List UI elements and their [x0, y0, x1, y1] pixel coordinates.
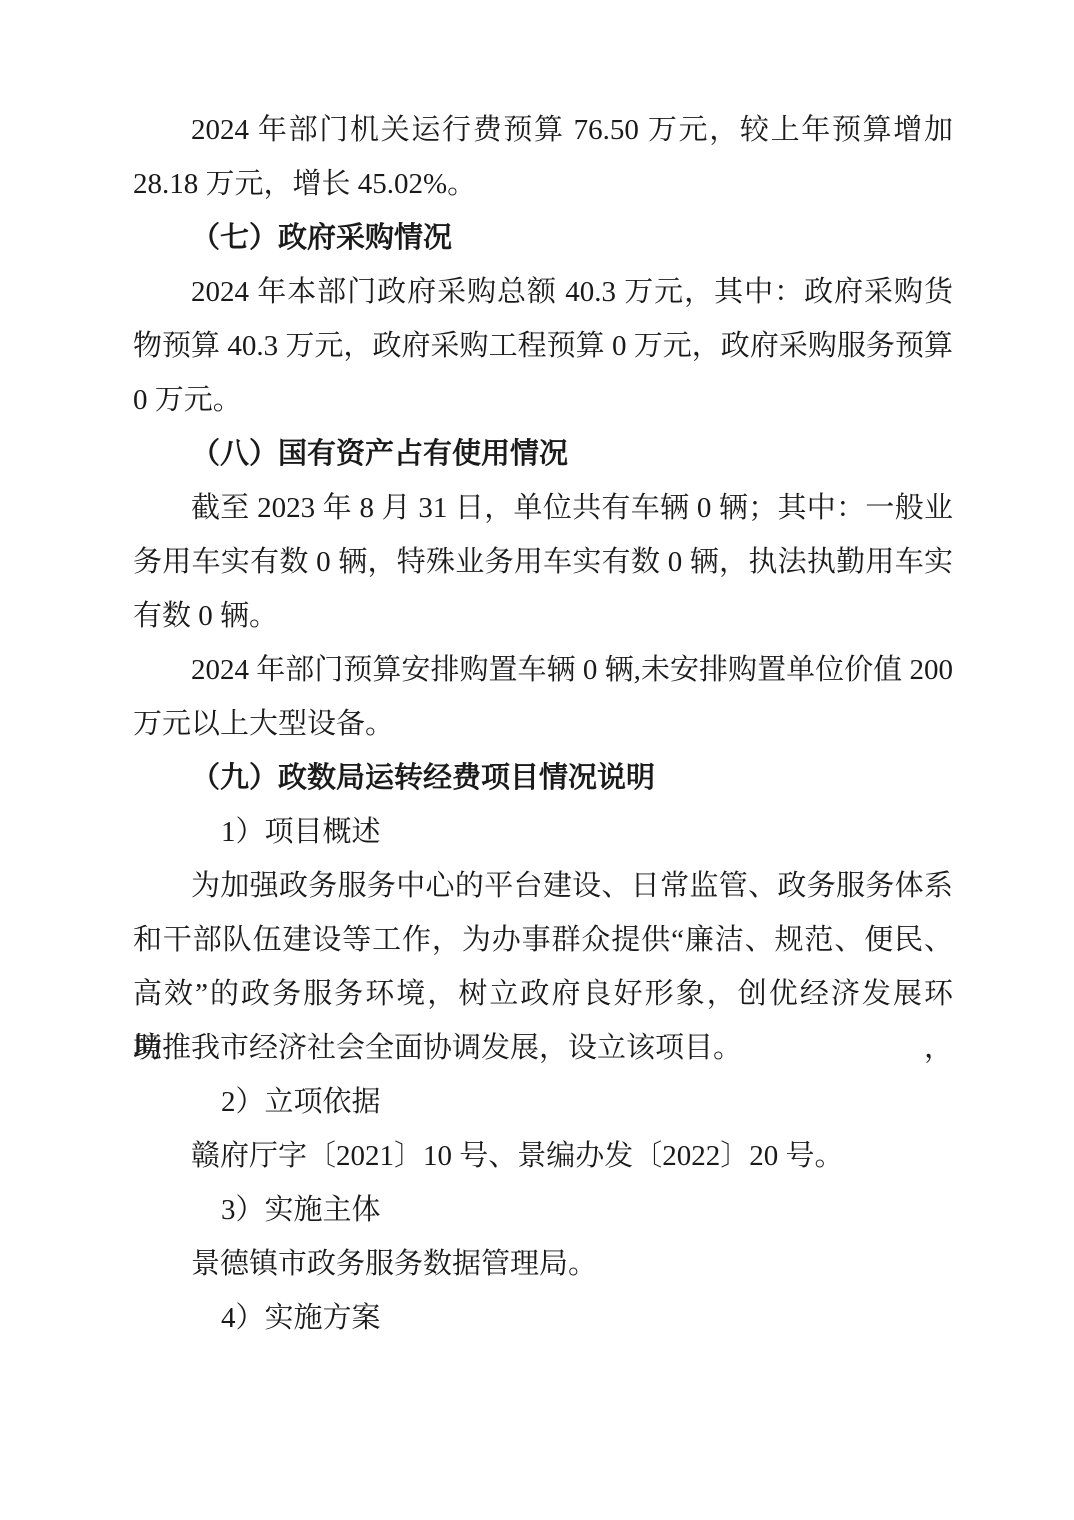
body-text-line: 2024 年部门机关运行费预算 76.50 万元，较上年预算增加	[133, 103, 953, 157]
subsection-heading: 4）实施方案	[133, 1291, 953, 1345]
body-text-line: 0 万元。	[133, 373, 953, 427]
body-text-line: 和干部队伍建设等工作，为办事群众提供“廉洁、规范、便民、	[133, 913, 953, 967]
body-text-line: 28.18 万元，增长 45.02%。	[133, 157, 953, 211]
document-page: 2024 年部门机关运行费预算 76.50 万元，较上年预算增加28.18 万元…	[0, 0, 1074, 1520]
body-text-line: 2024 年本部门政府采购总额 40.3 万元，其中：政府采购货	[133, 265, 953, 319]
body-text-line: 务用车实有数 0 辆，特殊业务用车实有数 0 辆，执法执勤用车实	[133, 535, 953, 589]
body-text-line: 有数 0 辆。	[133, 589, 953, 643]
section-heading: （九）政数局运转经费项目情况说明	[133, 751, 953, 805]
subsection-heading: 2）立项依据	[133, 1075, 953, 1129]
document-content: 2024 年部门机关运行费预算 76.50 万元，较上年预算增加28.18 万元…	[133, 103, 953, 1345]
body-text-line: 高效”的政务服务环境，树立政府良好形象，创优经济发展环境，	[133, 967, 953, 1021]
subsection-heading: 1）项目概述	[133, 805, 953, 859]
body-text-line: 2024 年部门预算安排购置车辆 0 辆,未安排购置单位价值 200	[133, 643, 953, 697]
body-text-line: 物预算 40.3 万元，政府采购工程预算 0 万元，政府采购服务预算	[133, 319, 953, 373]
body-text-line: 万元以上大型设备。	[133, 697, 953, 751]
body-text-line: 赣府厅字〔2021〕10 号、景编办发〔2022〕20 号。	[133, 1129, 953, 1183]
body-text-line: 景德镇市政务服务数据管理局。	[133, 1237, 953, 1291]
body-text-line: 截至 2023 年 8 月 31 日，单位共有车辆 0 辆；其中：一般业	[133, 481, 953, 535]
section-heading: （七）政府采购情况	[133, 211, 953, 265]
section-heading: （八）国有资产占有使用情况	[133, 427, 953, 481]
subsection-heading: 3）实施主体	[133, 1183, 953, 1237]
body-text-line: 为加强政务服务中心的平台建设、日常监管、政务服务体系	[133, 859, 953, 913]
